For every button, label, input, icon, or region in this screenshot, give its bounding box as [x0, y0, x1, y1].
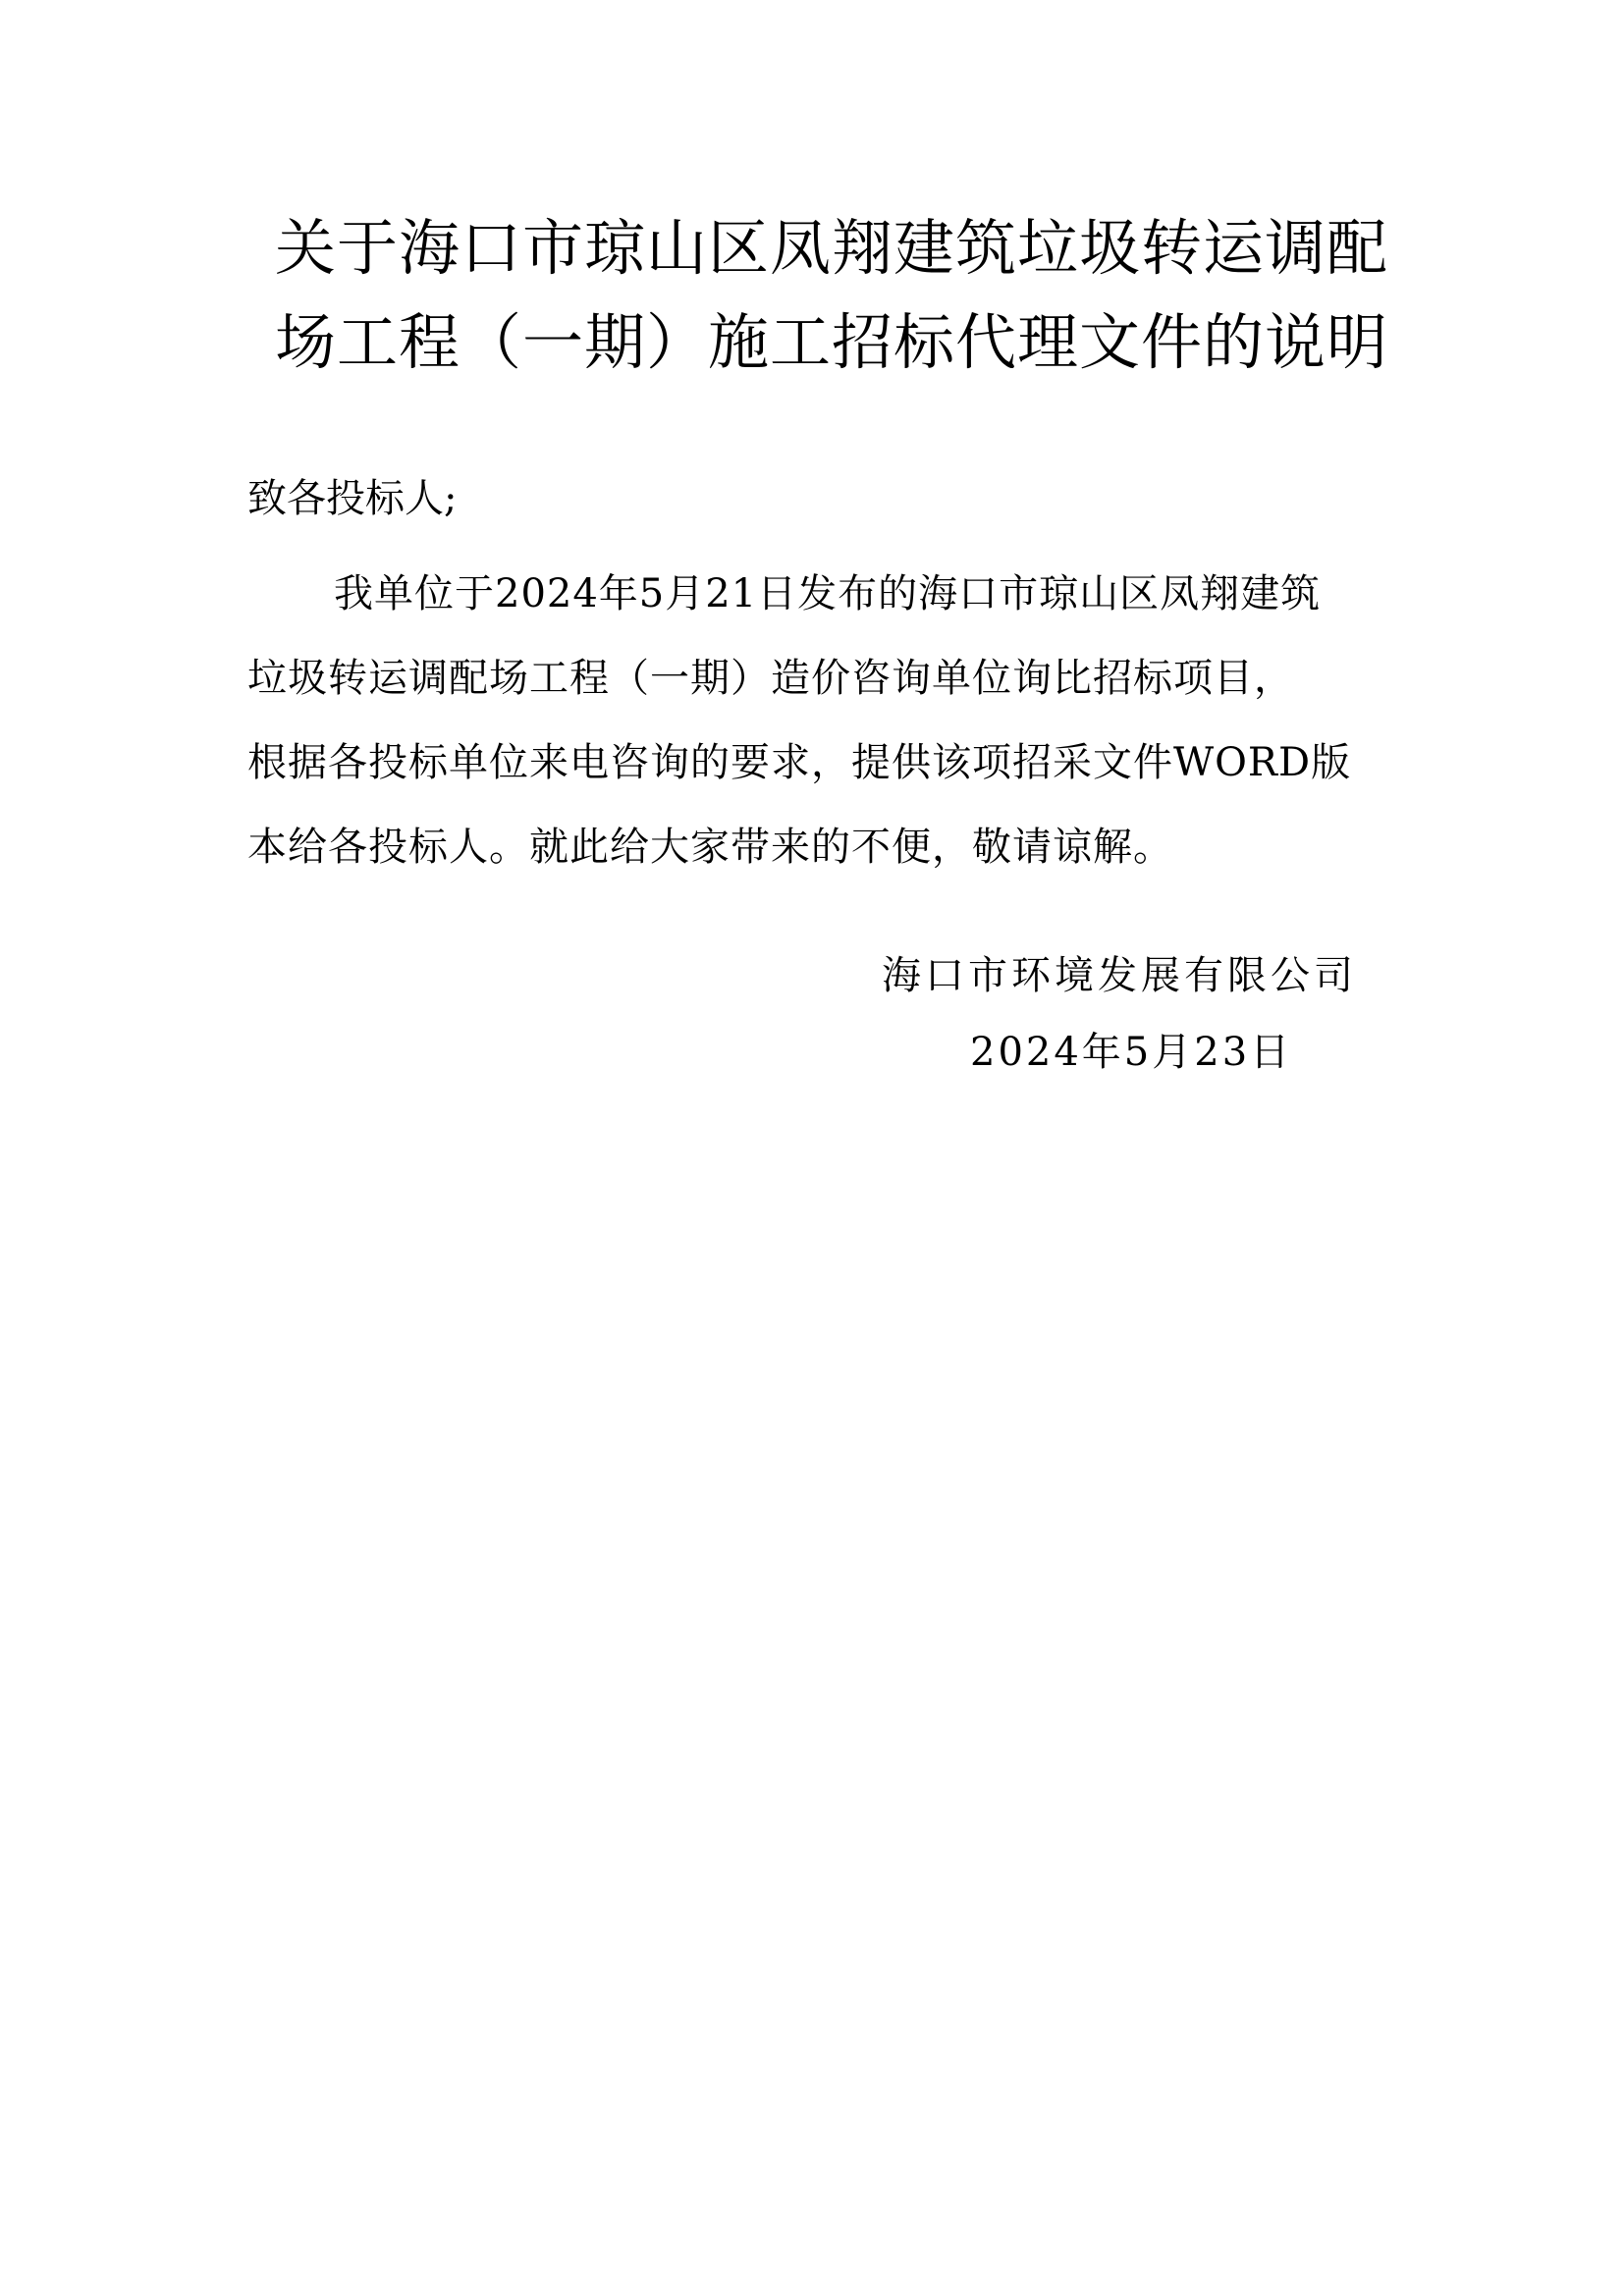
body-line-4: 本给各投标人。就此给大家带来的不便，敬请谅解。 — [247, 805, 1386, 889]
body-line-2: 垃圾转运调配场工程（一期）造价咨询单位询比招标项目， — [247, 636, 1386, 721]
title-line-2: 场工程（一期）施工招标代理文件的说明 — [275, 295, 1375, 390]
body-line-3: 根据各投标单位来电咨询的要求，提供该项招采文件WORD版 — [247, 721, 1386, 805]
document-title: 关于海口市琼山区凤翔建筑垃圾转运调配 场工程（一期）施工招标代理文件的说明 — [275, 201, 1375, 390]
body-line-1: 我单位于2024年5月21日发布的海口市琼山区凤翔建筑 — [247, 552, 1386, 636]
signature-organization: 海口市环境发展有限公司 — [882, 937, 1357, 1014]
signature-date: 2024年5月23日 — [970, 1014, 1292, 1091]
salutation: 致各投标人; — [247, 469, 457, 528]
body-paragraph: 我单位于2024年5月21日发布的海口市琼山区凤翔建筑 垃圾转运调配场工程（一期… — [247, 552, 1386, 889]
title-line-1: 关于海口市琼山区凤翔建筑垃圾转运调配 — [275, 201, 1375, 295]
